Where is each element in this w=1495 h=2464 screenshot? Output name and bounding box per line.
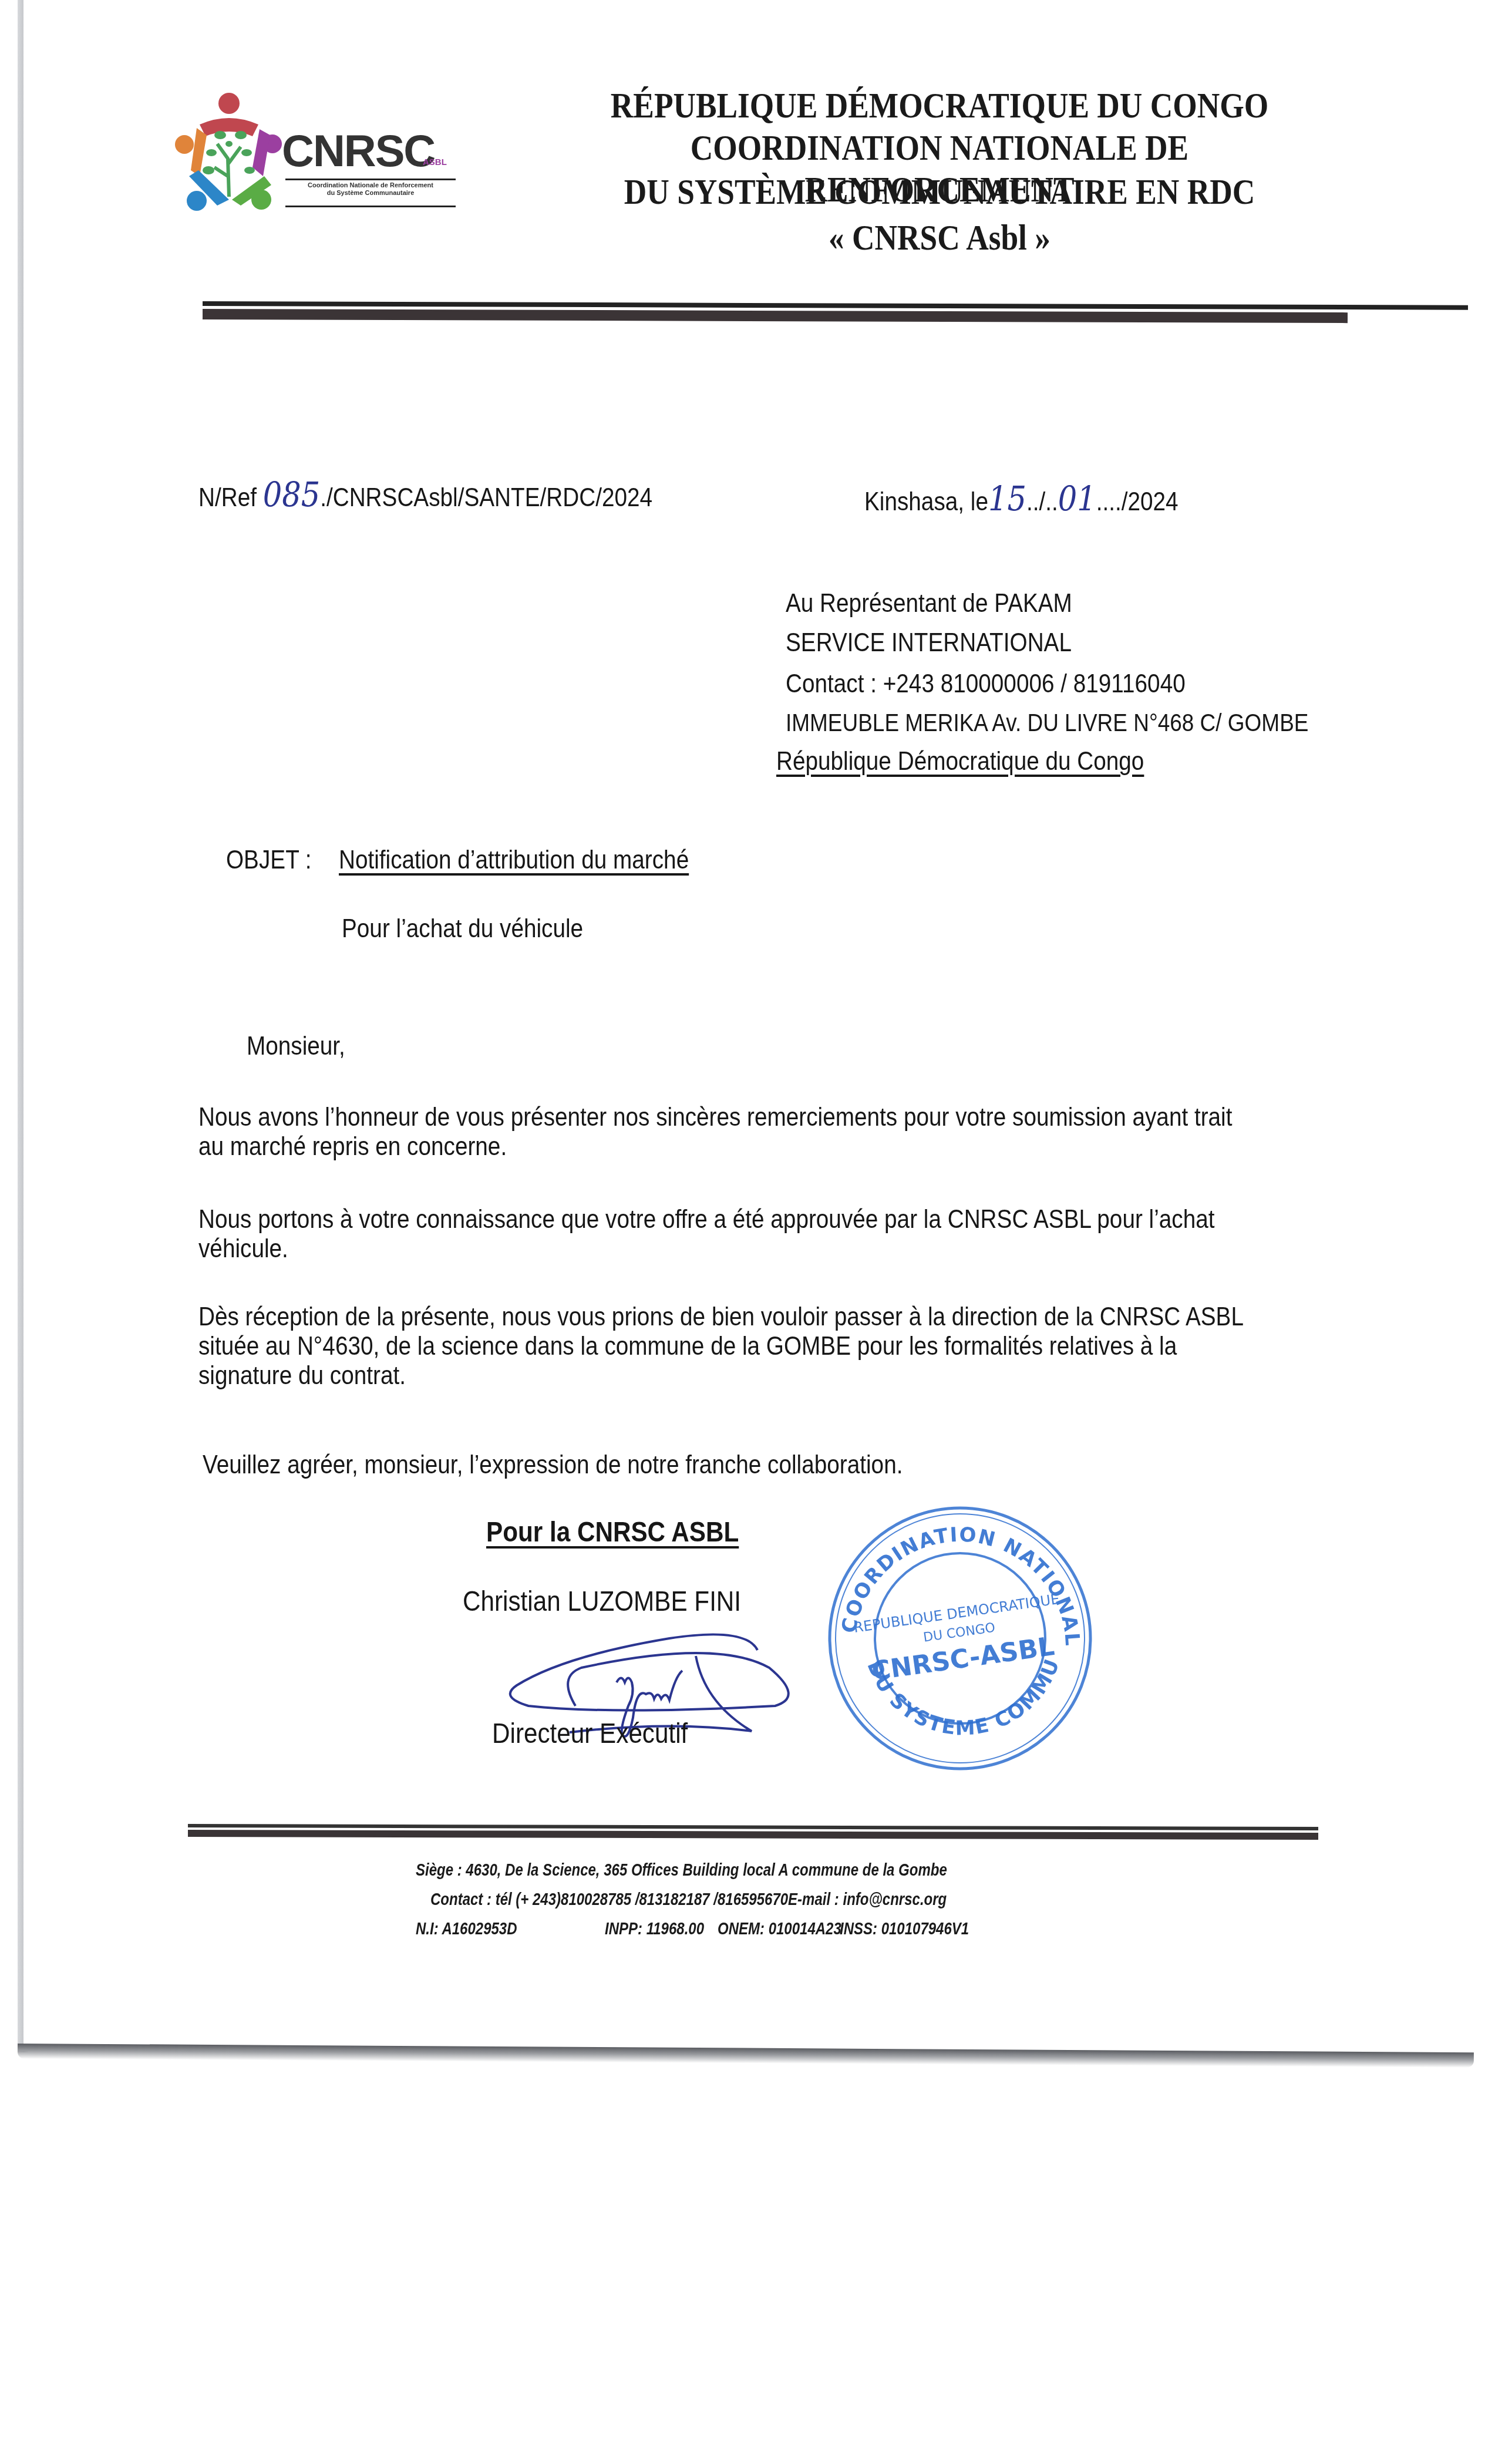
- recipient-line-1: Au Représentant de PAKAM: [786, 589, 1072, 618]
- community-tree-icon: [170, 88, 288, 211]
- salutation: Monsieur,: [247, 1032, 345, 1061]
- date-prefix: Kinshasa, le: [864, 487, 988, 516]
- footer-onem: ONEM: 010014A23: [718, 1919, 841, 1939]
- recipient-country: République Démocratique du Congo: [776, 747, 1144, 776]
- paragraph-3-line-2: située au N°4630, de la science dans la …: [198, 1332, 1206, 1361]
- footer-ni: N.I: A1602953D: [416, 1919, 517, 1939]
- reference-suffix: ./CNRSCAsbl/SANTE/RDC/2024: [320, 483, 652, 512]
- recipient-line-2: SERVICE INTERNATIONAL: [786, 628, 1072, 658]
- paragraph-3: Dès réception de la présente, nous vous …: [198, 1302, 1206, 1391]
- footer-inss: INSS: 010107946V1: [840, 1919, 969, 1939]
- subject-title: Notification d’attribution du marché: [339, 846, 689, 875]
- official-stamp-icon: COORDINATION NATIONALE DE RENFORCEMENT *…: [813, 1500, 1107, 1782]
- recipient-contact: Contact : +243 810000006 / 819116040: [786, 669, 1186, 699]
- logo-tagline-1: Coordination Nationale de Renforcement: [285, 182, 456, 190]
- logo-rule-bottom: [285, 206, 456, 207]
- reference-line: N/Ref 085./CNRSCAsbl/SANTE/RDC/2024: [198, 474, 652, 514]
- logo-rule-top: [285, 179, 456, 180]
- paragraph-1: Nous avons l’honneur de vous présenter n…: [198, 1103, 1206, 1162]
- header-country: RÉPUBLIQUE DÉMOCRATIQUE DU CONGO: [555, 85, 1323, 127]
- paragraph-2-line-1: Nous portons à votre connaissance que vo…: [198, 1205, 1206, 1234]
- signature-heading: Pour la CNRSC ASBL: [486, 1516, 739, 1549]
- signatory-title: Directeur Exécutif: [492, 1718, 688, 1750]
- date-month-handwritten: 01: [1058, 479, 1096, 519]
- subject-label: OBJET :: [226, 846, 312, 875]
- paragraph-2-line-2: véhicule.: [198, 1234, 1206, 1264]
- footer-contact: Contact : tél (+ 243)810028785 /81318218…: [430, 1890, 947, 1910]
- logo-asbl: ASBL: [423, 157, 447, 167]
- subject-subtitle: Pour l’achat du véhicule: [342, 914, 583, 944]
- header-org-line2: DU SYSTÈME COMMUNAUTAIRE EN RDC: [555, 171, 1323, 213]
- logo-wordmark: CNRSC: [282, 126, 435, 177]
- closing-line: Veuillez agréer, monsieur, l’expression …: [203, 1450, 903, 1480]
- date-day-handwritten: 15: [988, 479, 1026, 519]
- paragraph-1-line-2: au marché repris en concerne.: [198, 1132, 1206, 1162]
- paragraph-3-line-3: signature du contrat.: [198, 1361, 1206, 1391]
- date-suffix: ..../2024: [1096, 487, 1179, 516]
- footer-inpp: INPP: 11968.00: [605, 1919, 704, 1939]
- paragraph-1-line-1: Nous avons l’honneur de vous présenter n…: [198, 1103, 1206, 1132]
- reference-prefix: N/Ref: [198, 483, 263, 512]
- header-org-short: « CNRSC Asbl »: [555, 217, 1323, 259]
- paragraph-3-line-1: Dès réception de la présente, nous vous …: [198, 1302, 1206, 1332]
- paragraph-2: Nous portons à votre connaissance que vo…: [198, 1205, 1206, 1264]
- recipient-address: IMMEUBLE MERIKA Av. DU LIVRE N°468 C/ GO…: [786, 709, 1308, 737]
- reference-number-handwritten: 085: [263, 474, 320, 514]
- cnrsc-logo: CNRSC ASBL Coordination Nationale de Ren…: [170, 88, 464, 211]
- logo-tagline-2: du Système Communautaire: [285, 190, 456, 197]
- footer-address: Siège : 4630, De la Science, 365 Offices…: [416, 1860, 947, 1880]
- date-line: Kinshasa, le15../..01..../2024: [864, 479, 1179, 519]
- date-sep: ../..: [1026, 487, 1058, 516]
